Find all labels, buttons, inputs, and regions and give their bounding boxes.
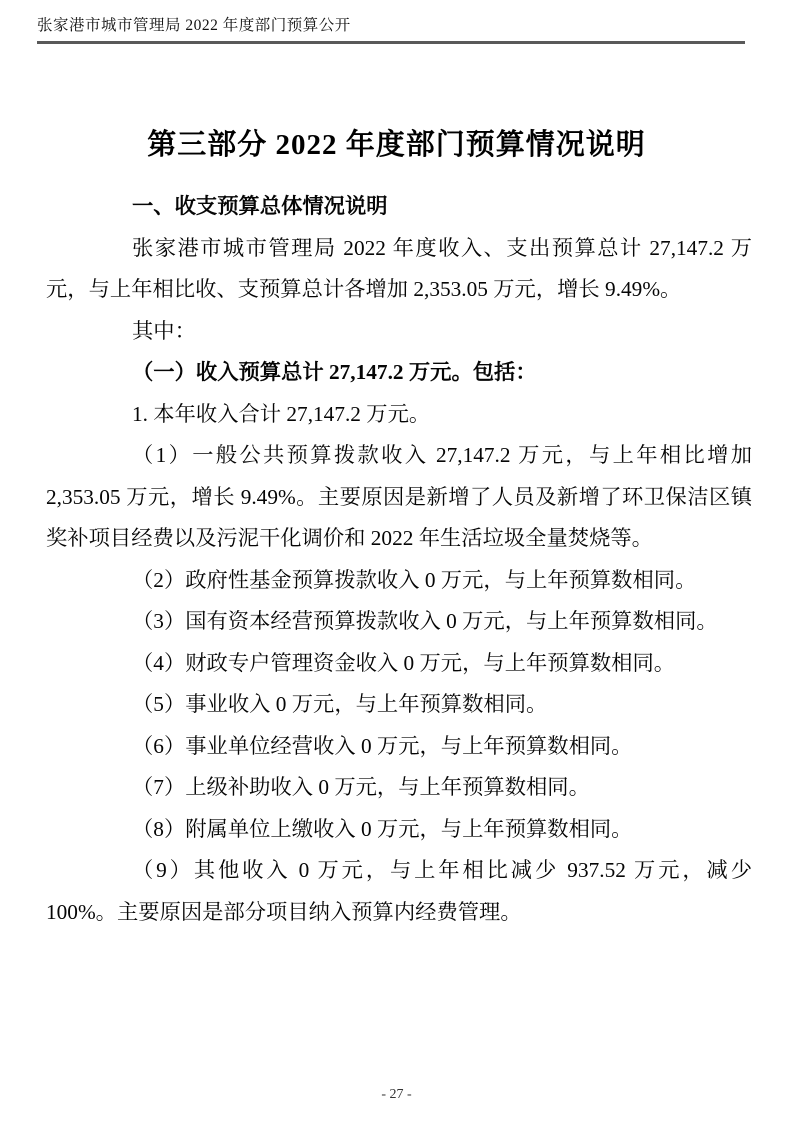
header-title: 张家港市城市管理局 2022 年度部门预算公开 — [37, 17, 351, 34]
subsection-heading-income-total: （一）收入预算总计 27,147.2 万元。包括： — [46, 352, 752, 394]
page-footer: - 27 - — [0, 1087, 793, 1103]
paragraph-annual-income: 1. 本年收入合计 27,147.2 万元。 — [46, 394, 752, 436]
document-page: 张家港市城市管理局 2022 年度部门预算公开 第三部分 2022 年度部门预算… — [0, 0, 793, 1122]
document-body: 一、收支预算总体情况说明 张家港市城市管理局 2022 年度收入、支出预算总计 … — [46, 186, 752, 933]
paragraph-item-1: （1）一般公共预算拨款收入 27,147.2 万元，与上年相比增加 2,353.… — [46, 435, 752, 560]
paragraph-item-2: （2）政府性基金预算拨款收入 0 万元，与上年预算数相同。 — [46, 560, 752, 602]
paragraph-item-9: （9）其他收入 0 万元，与上年相比减少 937.52 万元，减少 100%。主… — [46, 850, 752, 933]
page-header: 张家港市城市管理局 2022 年度部门预算公开 — [37, 13, 745, 44]
paragraph-item-5: （5）事业收入 0 万元，与上年预算数相同。 — [46, 684, 752, 726]
paragraph-item-8: （8）附属单位上缴收入 0 万元，与上年预算数相同。 — [46, 809, 752, 851]
document-title: 第三部分 2022 年度部门预算情况说明 — [0, 122, 793, 163]
paragraph-item-6: （6）事业单位经营收入 0 万元，与上年预算数相同。 — [46, 726, 752, 768]
paragraph-item-7: （7）上级补助收入 0 万元，与上年预算数相同。 — [46, 767, 752, 809]
paragraph-item-3: （3）国有资本经营预算拨款收入 0 万元，与上年预算数相同。 — [46, 601, 752, 643]
page-number: - 27 - — [381, 1087, 411, 1102]
section-heading: 一、收支预算总体情况说明 — [46, 186, 752, 228]
paragraph-item-4: （4）财政专户管理资金收入 0 万元，与上年预算数相同。 — [46, 643, 752, 685]
paragraph-budget-total: 张家港市城市管理局 2022 年度收入、支出预算总计 27,147.2 万元，与… — [46, 228, 752, 311]
paragraph-among-which: 其中： — [46, 311, 752, 353]
